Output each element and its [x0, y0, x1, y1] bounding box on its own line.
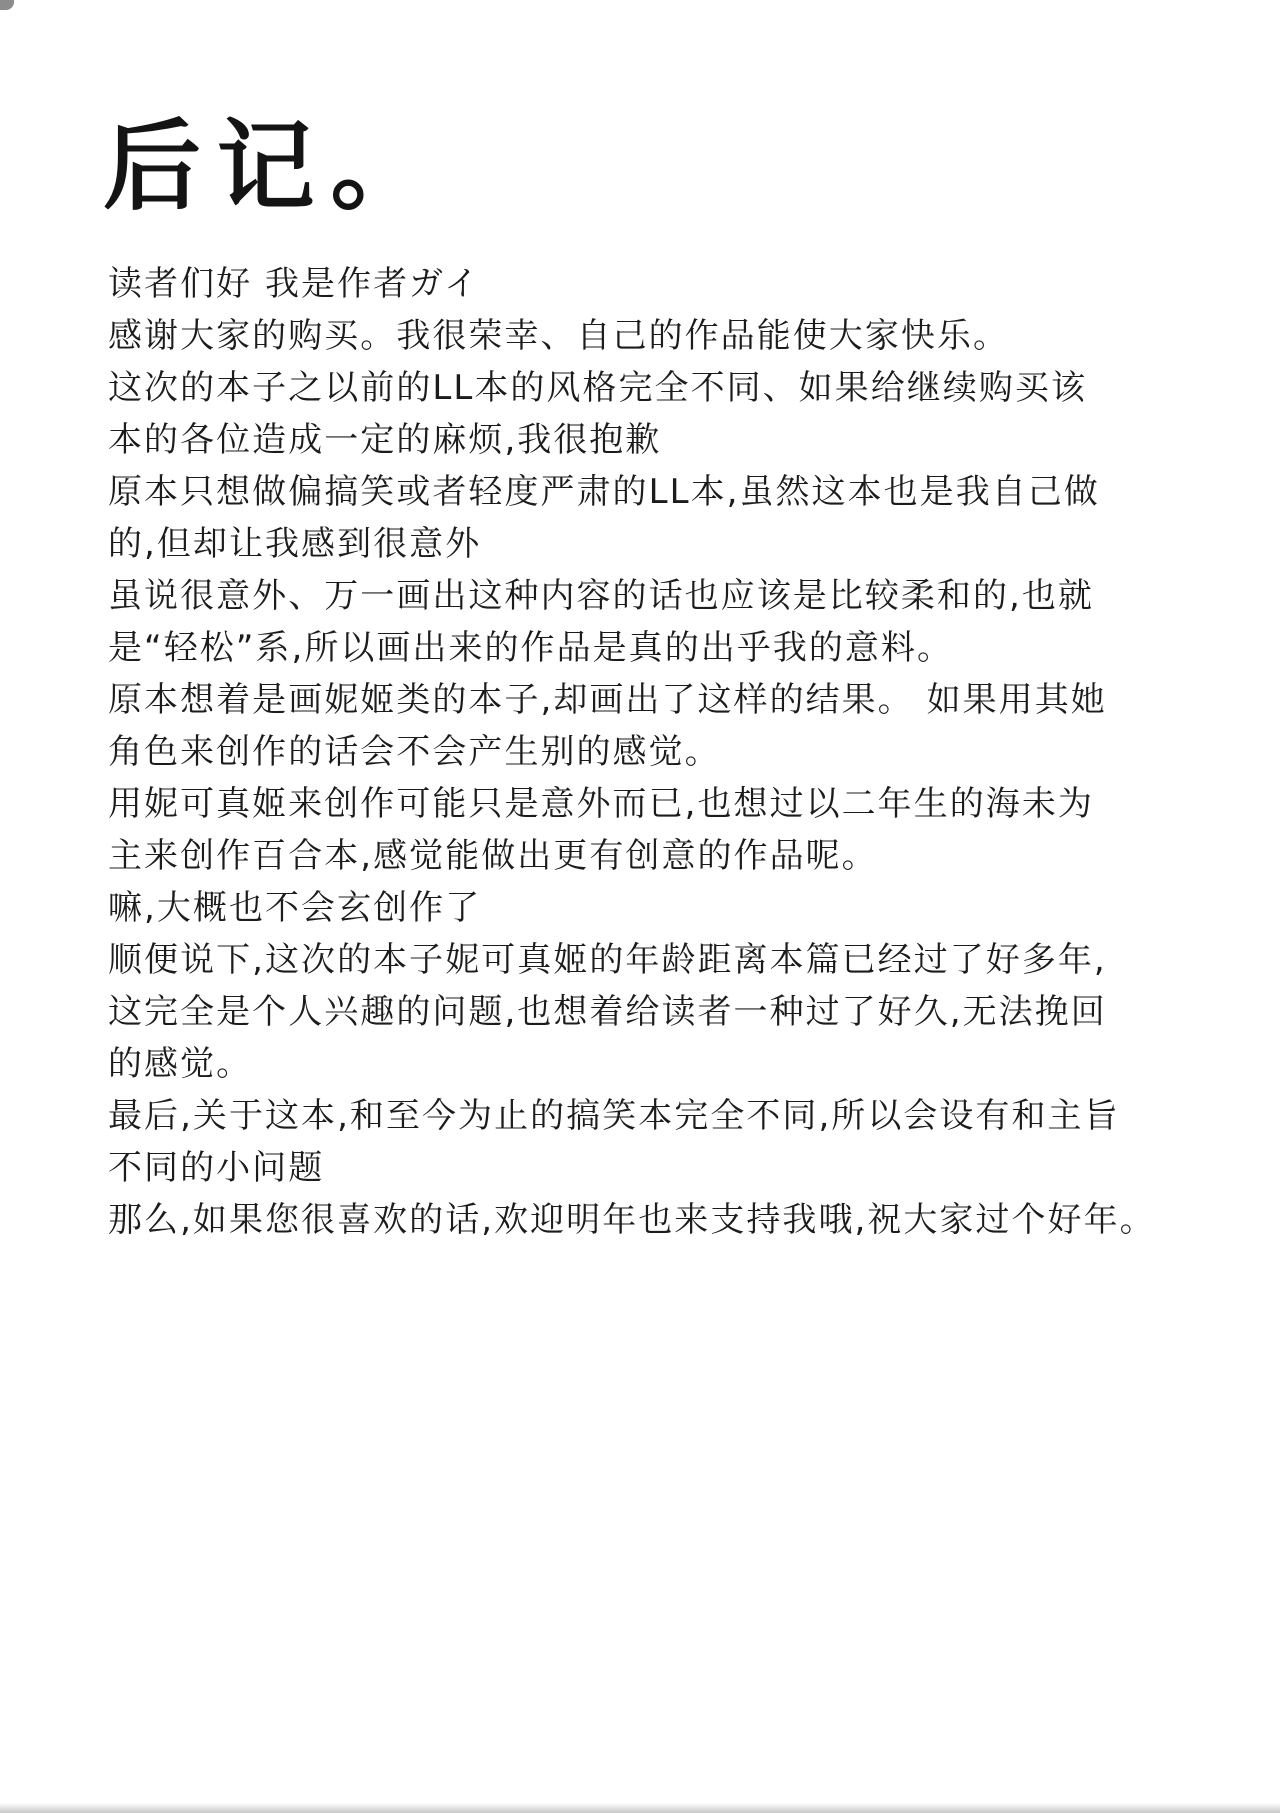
body-line: 的,但却让我感到很意外 — [108, 518, 1200, 570]
scan-corner-artifact — [0, 0, 14, 10]
body-line: 这完全是个人兴趣的问题,也想着给读者一种过了好久,无法挽回 — [108, 986, 1200, 1038]
body-line: 这次的本子之以前的LL本的风格完全不同、如果给继续购买该 — [108, 362, 1200, 414]
afterword-body: 读者们好 我是作者ガイ 感谢大家的购买。我很荣幸、自己的作品能使大家快乐。 这次… — [108, 258, 1200, 1246]
body-line: 是“轻松”系,所以画出来的作品是真的出乎我的意料。 — [108, 622, 1200, 674]
body-line: 感谢大家的购买。我很荣幸、自己的作品能使大家快乐。 — [108, 310, 1200, 362]
afterword-page: 后记。 读者们好 我是作者ガイ 感谢大家的购买。我很荣幸、自己的作品能使大家快乐… — [0, 0, 1280, 1813]
page-title: 后记。 — [103, 114, 444, 222]
body-line: 读者们好 我是作者ガイ — [108, 258, 1200, 310]
scan-bottom-edge-shadow — [0, 1803, 1280, 1813]
body-line: 虽说很意外、万一画出这种内容的话也应该是比较柔和的,也就 — [108, 570, 1200, 622]
body-line: 原本只想做偏搞笑或者轻度严肃的LL本,虽然这本也是我自己做 — [108, 466, 1200, 518]
body-line: 角色来创作的话会不会产生别的感觉。 — [108, 726, 1200, 778]
body-line: 本的各位造成一定的麻烦,我很抱歉 — [108, 414, 1200, 466]
body-line: 的感觉。 — [108, 1038, 1200, 1090]
body-line: 嘛,大概也不会玄创作了 — [108, 882, 1200, 934]
body-line: 顺便说下,这次的本子妮可真姬的年龄距离本篇已经过了好多年, — [108, 934, 1200, 986]
body-line: 原本想着是画妮姬类的本子,却画出了这样的结果。 如果用其她 — [108, 674, 1200, 726]
body-line: 主来创作百合本,感觉能做出更有创意的作品呢。 — [108, 830, 1200, 882]
body-line: 不同的小问题 — [108, 1142, 1200, 1194]
body-line: 那么,如果您很喜欢的话,欢迎明年也来支持我哦,祝大家过个好年。 — [108, 1194, 1200, 1246]
body-line: 最后,关于这本,和至今为止的搞笑本完全不同,所以会设有和主旨 — [108, 1090, 1200, 1142]
body-line: 用妮可真姬来创作可能只是意外而已,也想过以二年生的海未为 — [108, 778, 1200, 830]
